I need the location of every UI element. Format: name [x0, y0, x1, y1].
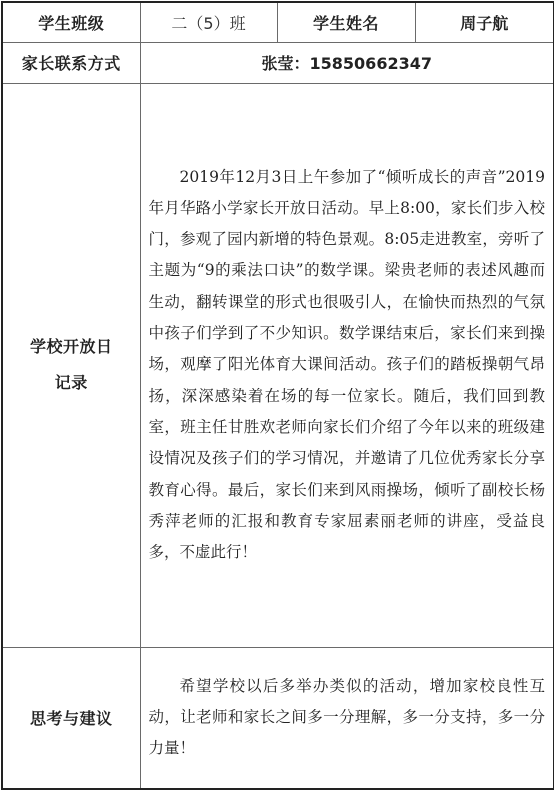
student-name-label: 学生姓名 [277, 2, 415, 42]
parent-contact-row: 家长联系方式 张莹：15850662347 [2, 42, 554, 83]
parent-open-day-form: 学生班级 二（5）班 学生姓名 周子航 家长联系方式 张莹：1585066234… [1, 1, 554, 790]
suggestion-cell: 希望学校以后多举办类似的活动，增加家校良性互动，让老师和家长之间多一分理解，多一… [140, 647, 554, 789]
open-day-record-row: 学校开放日 记录 2019年12月3日上午参加了“倾听成长的声音”2019年月华… [2, 83, 554, 647]
student-class-value: 二（5）班 [140, 2, 277, 42]
open-day-record-cell: 2019年12月3日上午参加了“倾听成长的声音”2019年月华路小学家长开放日活… [140, 83, 554, 647]
student-info-row: 学生班级 二（5）班 学生姓名 周子航 [2, 2, 554, 42]
student-class-label: 学生班级 [2, 2, 140, 42]
suggestion-row: 思考与建议 希望学校以后多举办类似的活动，增加家校良性互动，让老师和家长之间多一… [2, 647, 554, 789]
parent-contact-label: 家长联系方式 [2, 42, 140, 83]
open-day-record-text: 2019年12月3日上午参加了“倾听成长的声音”2019年月华路小学家长开放日活… [141, 160, 554, 571]
open-day-record-label-line2: 记录 [3, 365, 140, 401]
student-name-value: 周子航 [415, 2, 554, 42]
suggestion-label: 思考与建议 [2, 647, 140, 789]
open-day-record-label-line1: 学校开放日 [3, 329, 140, 365]
suggestion-text: 希望学校以后多举办类似的活动，增加家校良性互动，让老师和家长之间多一分理解，多一… [141, 669, 554, 767]
open-day-record-label: 学校开放日 记录 [2, 83, 140, 647]
parent-contact-value: 张莹：15850662347 [140, 42, 554, 83]
